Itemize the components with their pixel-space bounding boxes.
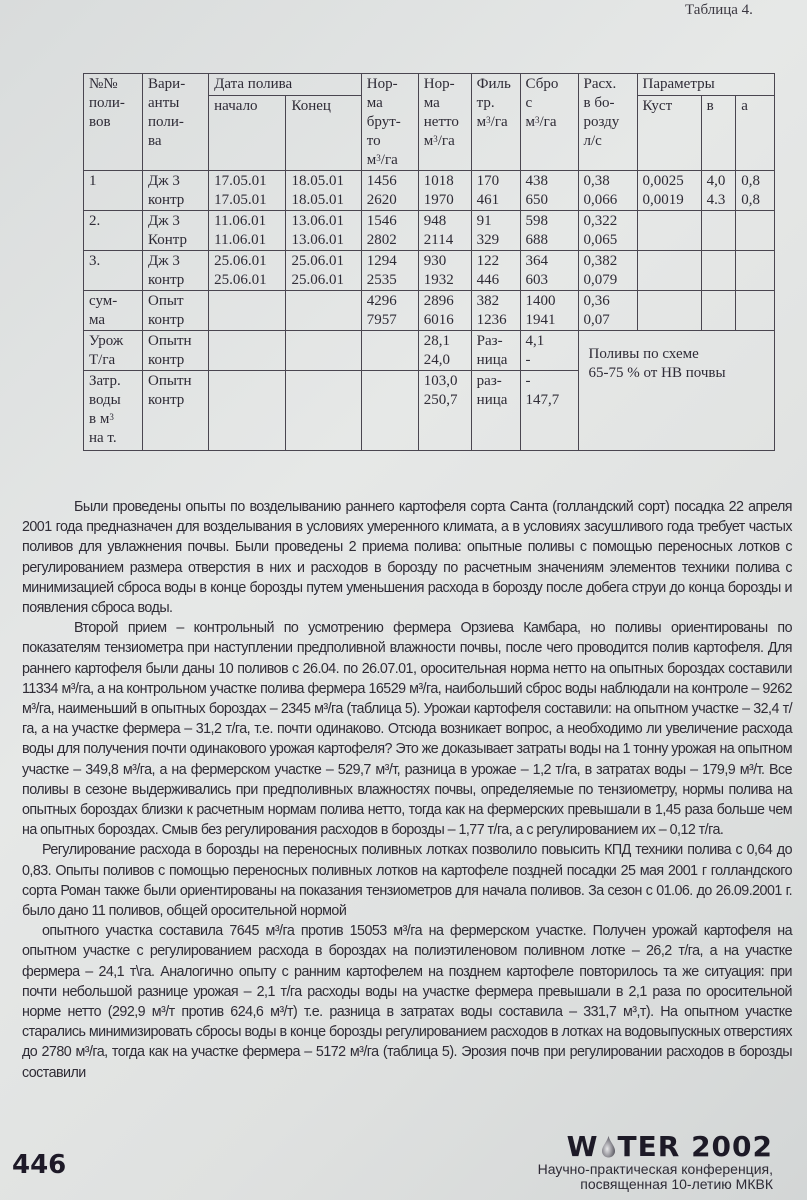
cell-empty	[361, 371, 418, 451]
table-note: Поливы по схеме65-75 % от НВ почвы	[578, 331, 774, 451]
cell-water-drain: -147,7	[520, 371, 578, 451]
header-num: №№поли-вов	[84, 74, 143, 171]
cell-drain: 598688	[520, 211, 578, 251]
logo-title-left: W	[567, 1130, 599, 1163]
header-flow: Расх.в бо-роздул/с	[578, 74, 637, 171]
cell-flow: 0,3220,065	[578, 211, 637, 251]
cell-flow: 0,380,066	[578, 171, 637, 211]
cell-num: сум-ма	[84, 291, 143, 331]
cell-gross: 14562620	[361, 171, 418, 211]
cell-filt: 170461	[471, 171, 520, 211]
header-params-group: Параметры	[637, 74, 774, 96]
page-number: 446	[12, 1150, 66, 1180]
cell-a	[736, 211, 775, 251]
cell-start: 11.06.0111.06.01	[209, 211, 286, 251]
cell-net: 9482114	[418, 211, 471, 251]
article-body: Были проведены опыты по возделыванию ран…	[22, 497, 792, 1083]
paragraph-1: Были проведены опыты по возделыванию ран…	[22, 497, 792, 618]
conference-logo: WTER 2002 Научно-практическая конференци…	[538, 1132, 773, 1192]
cell-filt: 122446	[471, 251, 520, 291]
cell-start: 17.05.0117.05.01	[209, 171, 286, 211]
cell-water-filt: раз-ница	[471, 371, 520, 451]
cell-variant: Опытконтр	[143, 291, 209, 331]
cell-yield-variant: Опытнконтр	[143, 331, 209, 371]
cell-a: 0,80,8	[736, 171, 775, 211]
paragraph-4: опытного участка составила 7645 м³/га пр…	[22, 921, 792, 1083]
cell-yield-filt: Раз-ница	[471, 331, 520, 371]
header-drain: Сбросм3/га	[520, 74, 578, 171]
cell-empty	[286, 371, 361, 451]
cell-net: 10181970	[418, 171, 471, 211]
header-filt: Фильтр.м3/га	[471, 74, 520, 171]
cell-gross: 12942535	[361, 251, 418, 291]
cell-v	[701, 211, 736, 251]
cell-drain: 438650	[520, 171, 578, 211]
header-param-v: в	[701, 96, 736, 171]
cell-net: 9301932	[418, 251, 471, 291]
cell-flow: 0,3820,079	[578, 251, 637, 291]
cell-a	[736, 291, 775, 331]
cell-filt: 3821236	[471, 291, 520, 331]
header-net: Нор-манеттом3/га	[418, 74, 471, 171]
cell-end: 18.05.0118.05.01	[286, 171, 361, 211]
cell-variant: Дж 3контр	[143, 251, 209, 291]
cell-end: 25.06.0125.06.01	[286, 251, 361, 291]
logo-title: WTER 2002	[538, 1132, 773, 1162]
cell-variant: Дж 3контр	[143, 171, 209, 211]
table-row: сум-маОпытконтр4296795728966016382123614…	[84, 291, 775, 331]
paragraph-2: Второй прием – контрольный по усмотрению…	[22, 618, 792, 840]
cell-flow: 0,360,07	[578, 291, 637, 331]
header-row: №№поли-вовВари-антыполи-ваДата поливаНор…	[84, 74, 775, 96]
cell-end	[286, 291, 361, 331]
cell-v	[701, 251, 736, 291]
cell-gross: 15462802	[361, 211, 418, 251]
cell-drain: 364603	[520, 251, 578, 291]
header-param-a: а	[736, 96, 775, 171]
cell-v: 4,04.3	[701, 171, 736, 211]
table-caption: Таблица 4.	[685, 2, 753, 19]
cell-bush	[637, 291, 701, 331]
table-row: 1Дж 3контр17.05.0117.05.0118.05.0118.05.…	[84, 171, 775, 211]
cell-start: 25.06.0125.06.01	[209, 251, 286, 291]
irrigation-table: №№поли-вовВари-антыполи-ваДата поливаНор…	[83, 73, 775, 451]
table-row: 2.Дж 3Контр11.06.0111.06.0113.06.0113.06…	[84, 211, 775, 251]
logo-title-right: TER 2002	[618, 1130, 773, 1163]
cell-num: 2.	[84, 211, 143, 251]
cell-end: 13.06.0113.06.01	[286, 211, 361, 251]
header-param-bush: Куст	[637, 96, 701, 171]
paragraph-3: Регулирование расхода в борозды на перен…	[22, 840, 792, 921]
header-gross: Нор-мабрут-том3/га	[361, 74, 418, 171]
logo-subtitle-1: Научно-практическая конференция,	[538, 1162, 773, 1177]
header-variant: Вари-антыполи-ва	[143, 74, 209, 171]
cell-a	[736, 251, 775, 291]
cell-empty	[361, 331, 418, 371]
cell-empty	[209, 371, 286, 451]
cell-drain: 14001941	[520, 291, 578, 331]
cell-net: 28966016	[418, 291, 471, 331]
header-date-end: Конец	[286, 96, 361, 171]
cell-bush: 0,00250,0019	[637, 171, 701, 211]
table-row: 3.Дж 3контр25.06.0125.06.0125.06.0125.06…	[84, 251, 775, 291]
cell-water-net: 103,0250,7	[418, 371, 471, 451]
cell-num: 3.	[84, 251, 143, 291]
table-row-yield: УрожТ/гаОпытнконтр28,124,0Раз-ница4,1-По…	[84, 331, 775, 371]
logo-subtitle-2: посвященная 10-летию МКВК	[538, 1177, 773, 1192]
cell-gross: 42967957	[361, 291, 418, 331]
water-drop-icon	[601, 1136, 616, 1158]
cell-empty	[209, 331, 286, 371]
cell-yield-label: УрожТ/га	[84, 331, 143, 371]
cell-bush	[637, 251, 701, 291]
cell-variant: Дж 3Контр	[143, 211, 209, 251]
cell-start	[209, 291, 286, 331]
cell-water-variant: Опытнконтр	[143, 371, 209, 451]
cell-filt: 91329	[471, 211, 520, 251]
cell-yield-drain: 4,1-	[520, 331, 578, 371]
cell-yield-net: 28,124,0	[418, 331, 471, 371]
cell-empty	[286, 331, 361, 371]
cell-bush	[637, 211, 701, 251]
cell-water-label: Затр.водыв м3на т.	[84, 371, 143, 451]
cell-v	[701, 291, 736, 331]
header-date-group: Дата полива	[209, 74, 362, 96]
header-date-start: начало	[209, 96, 286, 171]
cell-num: 1	[84, 171, 143, 211]
